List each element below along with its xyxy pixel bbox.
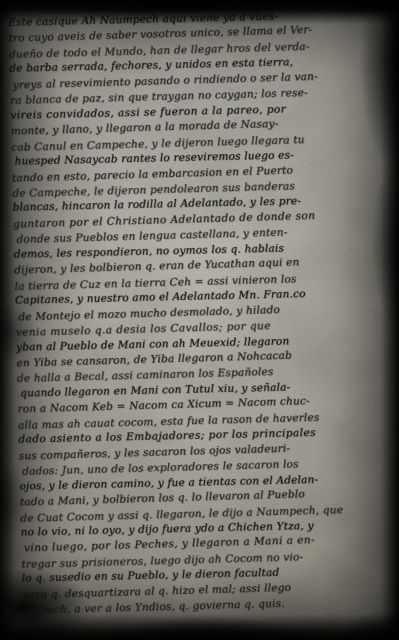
handwritten-text-block: Este casique Ah Naumpech aqui viene ya a… — [8, 7, 399, 619]
manuscript-photo: Este casique Ah Naumpech aqui viene ya a… — [0, 0, 399, 640]
